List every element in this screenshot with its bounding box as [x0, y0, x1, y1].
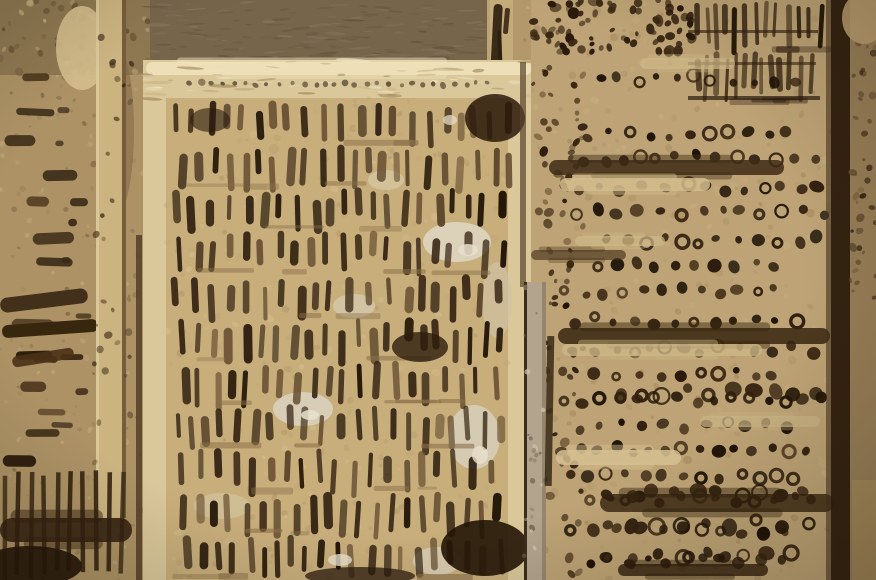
- abstract-painting-svg: [0, 0, 876, 580]
- vignette-overlay: [0, 0, 876, 580]
- artwork-photo-frame: [0, 0, 876, 580]
